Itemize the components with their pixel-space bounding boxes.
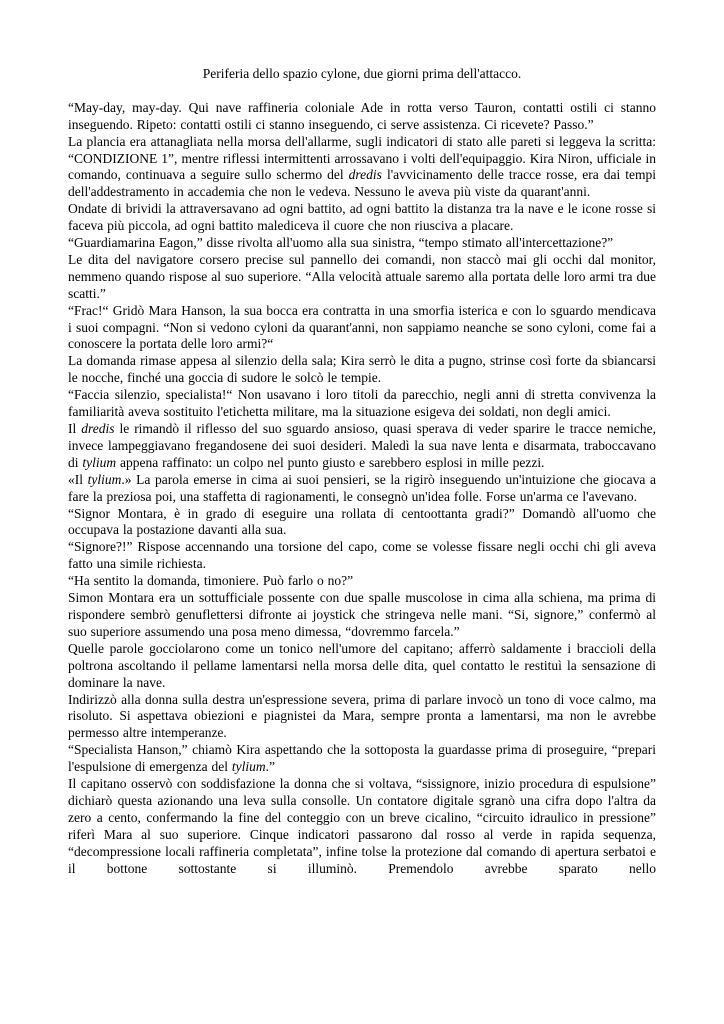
text-run: Le dita del navigatore corsero precise s…: [68, 252, 656, 301]
paragraph: “Signor Montara, è in grado di eseguire …: [68, 506, 656, 540]
paragraph: «Il tylium.» La parola emerse in cima ai…: [68, 472, 656, 506]
paragraph: Le dita del navigatore corsero precise s…: [68, 252, 656, 303]
text-run: Il capitano osservò con soddisfazione la…: [68, 776, 656, 876]
italic-run: dredis: [349, 167, 382, 182]
text-run: “Specialista Hanson,” chiamò Kira aspett…: [68, 742, 656, 774]
paragraph: Quelle parole gocciolarono come un tonic…: [68, 641, 656, 692]
text-run: Quelle parole gocciolarono come un tonic…: [68, 641, 656, 690]
paragraph: “Signore?!” Rispose accennando una torsi…: [68, 539, 656, 573]
text-run: Simon Montara era un sottufficiale posse…: [68, 590, 656, 639]
paragraph: Ondate di brividi la attraversavano ad o…: [68, 201, 656, 235]
italic-run: tylium: [82, 455, 116, 470]
text-run: Ondate di brividi la attraversavano ad o…: [68, 201, 656, 233]
document-page: Periferia dello spazio cylone, due giorn…: [0, 0, 724, 1024]
text-run: Indirizzò alla donna sulla destra un'esp…: [68, 692, 656, 741]
paragraph: Simon Montara era un sottufficiale posse…: [68, 590, 656, 641]
italic-run: tylium: [88, 472, 122, 487]
text-run: “Signore?!” Rispose accennando una torsi…: [68, 539, 656, 571]
paragraph: “May-day, may-day. Qui nave raffineria c…: [68, 100, 656, 134]
paragraph: Il capitano osservò con soddisfazione la…: [68, 776, 656, 877]
text-run: “May-day, may-day. Qui nave raffineria c…: [68, 100, 656, 132]
italic-run: tylium: [232, 759, 266, 774]
paragraph: Il dredis le rimandò il riflesso del suo…: [68, 421, 656, 472]
text-run: “Frac!“ Gridò Mara Hanson, la sua bocca …: [68, 303, 656, 352]
text-run: “Signor Montara, è in grado di eseguire …: [68, 506, 656, 538]
paragraph: “Ha sentito la domanda, timoniere. Può f…: [68, 573, 656, 590]
text-run: Il: [68, 421, 81, 436]
document-content: Periferia dello spazio cylone, due giorn…: [68, 66, 656, 877]
text-run: .» La parola emerse in cima ai suoi pens…: [68, 472, 656, 504]
paragraph: La plancia era attanagliata nella morsa …: [68, 134, 656, 202]
text-run: La domanda rimase appesa al silenzio del…: [68, 353, 656, 385]
paragraph: “Guardiamarina Eagon,” disse rivolta all…: [68, 235, 656, 252]
page-title: Periferia dello spazio cylone, due giorn…: [68, 66, 656, 83]
text-run: “Ha sentito la domanda, timoniere. Può f…: [68, 573, 353, 588]
italic-run: dredis: [81, 421, 114, 436]
paragraph: Indirizzò alla donna sulla destra un'esp…: [68, 692, 656, 743]
paragraph: “Faccia silenzio, specialista!“ Non usav…: [68, 387, 656, 421]
document-body: “May-day, may-day. Qui nave raffineria c…: [68, 100, 656, 878]
paragraph: La domanda rimase appesa al silenzio del…: [68, 353, 656, 387]
text-run: .”: [266, 759, 275, 774]
paragraph: “Specialista Hanson,” chiamò Kira aspett…: [68, 742, 656, 776]
paragraph: “Frac!“ Gridò Mara Hanson, la sua bocca …: [68, 303, 656, 354]
text-run: “Guardiamarina Eagon,” disse rivolta all…: [68, 235, 613, 250]
text-run: “Faccia silenzio, specialista!“ Non usav…: [68, 387, 656, 419]
text-run: appena raffinato: un colpo nel punto giu…: [116, 455, 544, 470]
text-run: «Il: [68, 472, 88, 487]
